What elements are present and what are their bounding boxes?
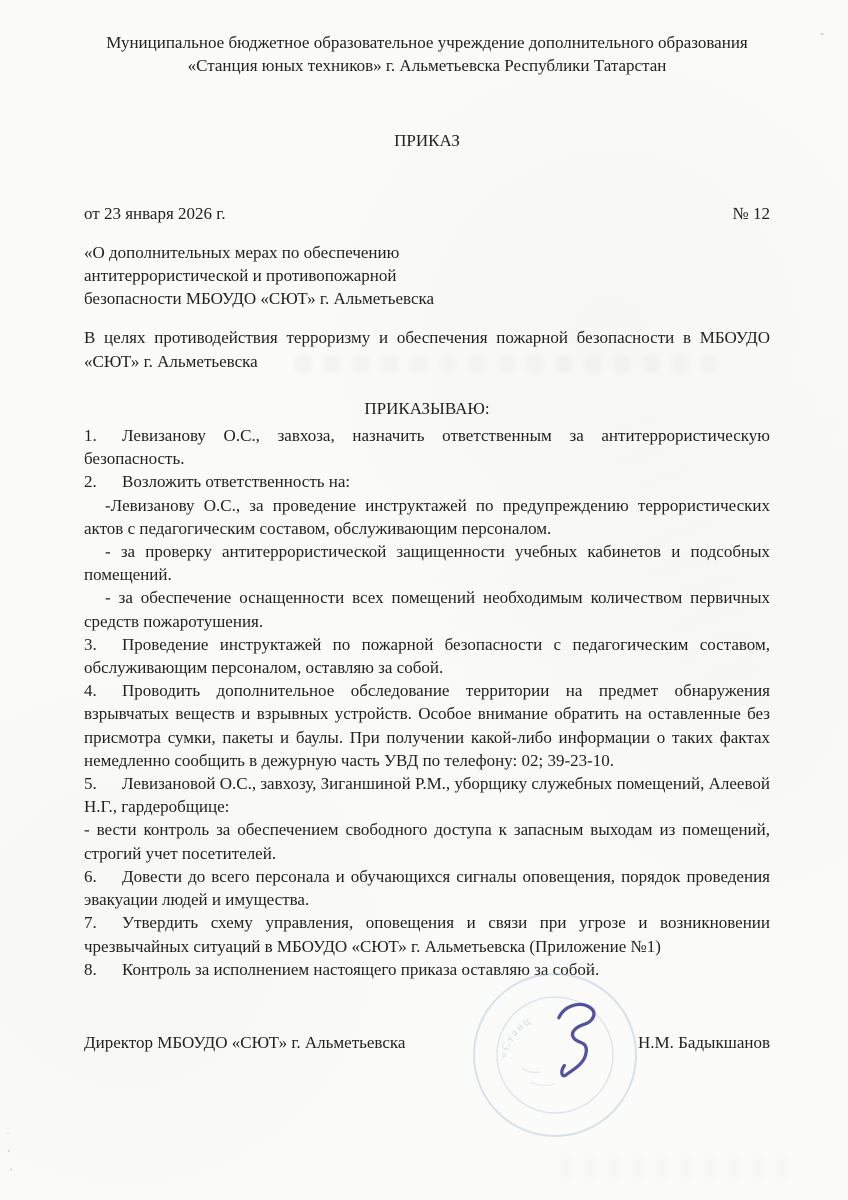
item-number: 2. xyxy=(84,470,122,493)
doc-number: № 12 xyxy=(733,202,770,225)
scan-speck xyxy=(10,1168,12,1171)
item-text: Левизановой О.С., завхозу, Зиганшиной Р.… xyxy=(84,774,770,816)
order-item: 5.Левизановой О.С., завхозу, Зиганшиной … xyxy=(84,772,770,818)
item-number: 7. xyxy=(84,911,122,934)
subject-line: безопасности МБОУДО «СЮТ» г. Альметьевск… xyxy=(84,287,770,310)
item-text: -Левизанову О.С., за проведение инструкт… xyxy=(84,496,770,538)
item-text: Довести до всего персонала и обучающихся… xyxy=(84,867,770,909)
doc-date: от 23 января 2026 г. xyxy=(84,202,226,225)
signature-block: Директор МБОУДО «СЮТ» г. Альметьевска Н.… xyxy=(84,1031,770,1054)
item-number: 1. xyxy=(84,424,122,447)
signer-position: Директор МБОУДО «СЮТ» г. Альметьевска xyxy=(84,1031,405,1054)
date-number-row: от 23 января 2026 г. № 12 xyxy=(84,202,770,225)
order-item: 6.Довести до всего персонала и обучающих… xyxy=(84,865,770,911)
item-text: Проводить дополнительное обследование те… xyxy=(84,681,770,770)
item-number: 4. xyxy=(84,679,122,702)
item-text: - вести контроль за обеспечением свободн… xyxy=(84,820,770,862)
item-text: Утвердить схему управления, оповещения и… xyxy=(84,913,770,955)
doc-subject: «О дополнительных мерах по обеспечению а… xyxy=(84,241,770,311)
order-items: 1.Левизанову О.С., завхоза, назначить от… xyxy=(84,424,770,981)
document-content: Муниципальное бюджетное образовательное … xyxy=(0,0,848,981)
item-text: Возложить ответственность на: xyxy=(122,472,350,491)
item-text: - за проверку антитеррористической защищ… xyxy=(84,542,770,584)
org-name-line1: Муниципальное бюджетное образовательное … xyxy=(84,31,770,54)
order-item: 8.Контроль за исполнением настоящего при… xyxy=(84,958,770,981)
order-item: 1.Левизанову О.С., завхоза, назначить от… xyxy=(84,424,770,470)
order-item: - за обеспечение оснащенности всех помещ… xyxy=(84,586,770,632)
scan-bleedthrough-smudge xyxy=(560,1155,800,1181)
order-item: - вести контроль за обеспечением свободн… xyxy=(84,818,770,864)
item-text: - за обеспечение оснащенности всех помещ… xyxy=(84,588,770,630)
item-text: Контроль за исполнением настоящего прика… xyxy=(122,960,599,979)
signer-name: Н.М. Бадыкшанов xyxy=(638,1031,770,1054)
order-item: - за проверку антитеррористической защищ… xyxy=(84,540,770,586)
order-item: 7.Утвердить схему управления, оповещения… xyxy=(84,911,770,957)
order-item: 4.Проводить дополнительное обследование … xyxy=(84,679,770,772)
document-page: Муниципальное бюджетное образовательное … xyxy=(0,0,848,1200)
scan-speck xyxy=(7,1132,9,1134)
org-header: Муниципальное бюджетное образовательное … xyxy=(84,31,770,77)
official-seal-stamp: «Станц xyxy=(470,970,640,1140)
resolve-heading: ПРИКАЗЫВАЮ: xyxy=(84,397,770,420)
order-item: 2.Возложить ответственность на: xyxy=(84,470,770,493)
scan-speck xyxy=(8,1150,10,1152)
item-text: Проведение инструктажей по пожарной безо… xyxy=(84,635,770,677)
org-name-line2: «Станция юных техников» г. Альметьевска … xyxy=(84,54,770,77)
order-item: -Левизанову О.С., за проведение инструкт… xyxy=(84,494,770,540)
item-number: 8. xyxy=(84,958,122,981)
subject-line: «О дополнительных мерах по обеспечению xyxy=(84,241,770,264)
item-number: 3. xyxy=(84,633,122,656)
order-item: 3.Проведение инструктажей по пожарной бе… xyxy=(84,633,770,679)
item-text: Левизанову О.С., завхоза, назначить отве… xyxy=(84,426,770,468)
item-number: 5. xyxy=(84,772,122,795)
subject-line: антитеррористической и противопожарной xyxy=(84,264,770,287)
doc-type-title: ПРИКАЗ xyxy=(84,129,770,152)
doc-preamble: В целях противодействия терроризму и обе… xyxy=(84,326,770,372)
item-number: 6. xyxy=(84,865,122,888)
